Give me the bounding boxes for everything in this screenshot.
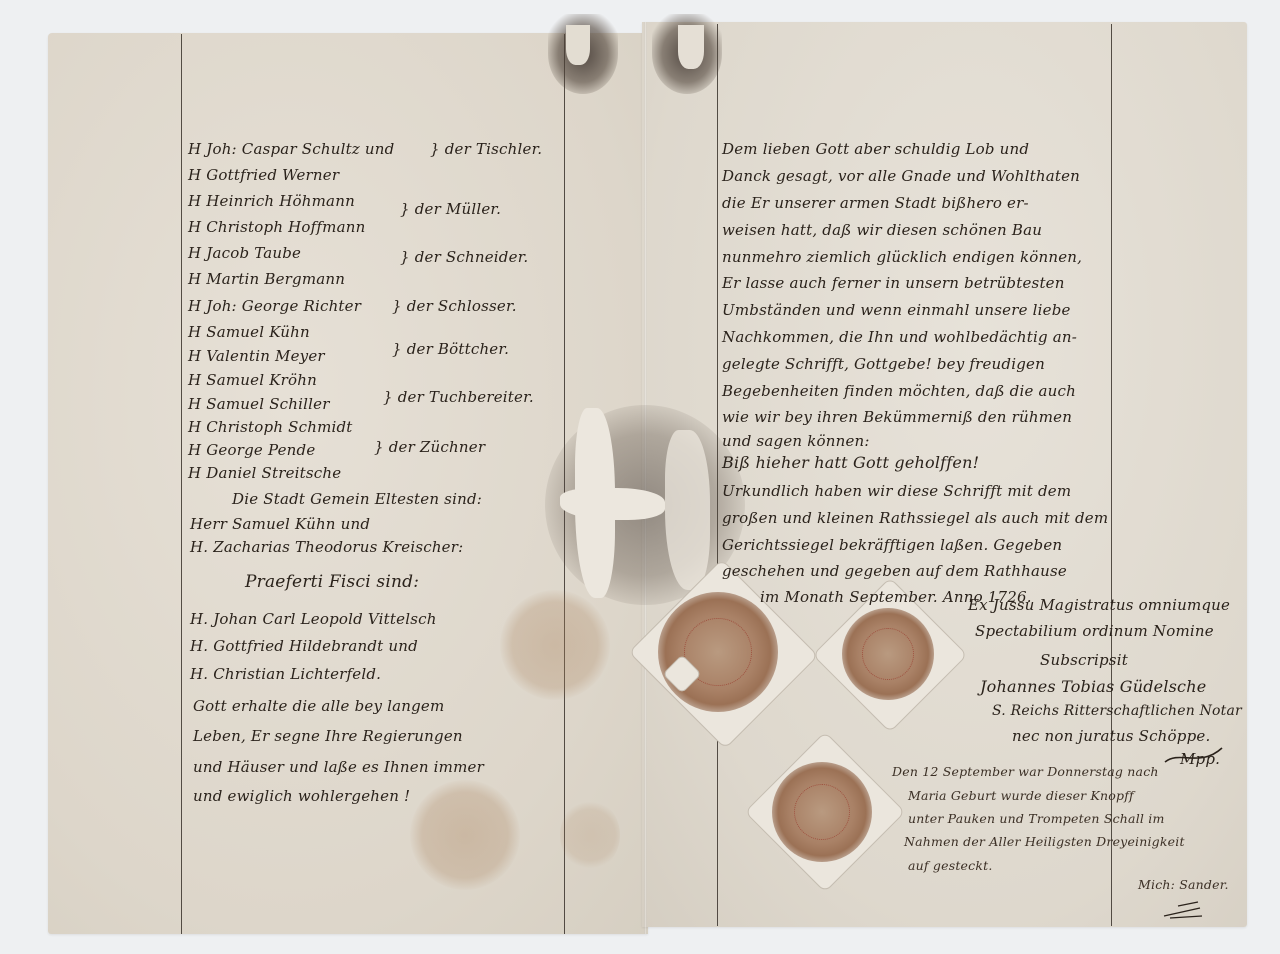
name-line-1: H Joh: Caspar Schultz und [188,140,394,158]
postscript-line-3: unter Pauken und Trompeten Schall im [908,811,1165,826]
sig-line-5: S. Reichs Ritterschaftlichen Notar [992,703,1242,719]
elders-heading: Die Stadt Gemein Eltesten sind: [232,490,482,508]
body-line-5: nunmehro ziemlich glücklich endigen könn… [722,248,1082,266]
name-line-14: H Daniel Streitsche [188,464,341,482]
trade-group-schneider: } der Schneider. [400,248,528,266]
seal-ghost-stain-small [560,800,620,870]
postscript-signature: Mich: Sander. [1138,877,1229,892]
hole-right [665,430,710,590]
sig-line-4: Johannes Tobias Güdelsche [980,677,1206,696]
body-line-14: Urkundlich haben wir diese Schrifft mit … [722,482,1071,500]
body-line-15: großen und kleinen Rathssiegel als auch … [722,509,1108,527]
blessing-3: und Häuser und laße es Ihnen immer [193,758,484,776]
body-line-10: Begebenheiten finden möchten, daß die au… [722,382,1076,400]
body-line-16: Gerichtssiegel bekräfftigen laßen. Gegeb… [722,536,1062,554]
mpp-flourish-icon [1160,740,1230,770]
elder-2: H. Zacharias Theodorus Kreischer: [190,538,463,556]
body-line-17: geschehen und gegeben auf dem Rathhause [722,562,1067,580]
fisci-2: H. Gottfried Hildebrandt und [190,637,418,655]
cross-hole-horizontal [560,488,665,520]
burn-gap-right [678,25,704,69]
body-line-13: Biß hieher hatt Gott geholffen! [722,453,979,472]
blessing-2: Leben, Er segne Ihre Regierungen [193,727,463,745]
wax-seal-right [842,608,934,700]
name-line-6: H Martin Bergmann [188,270,345,288]
fisci-3: H. Christian Lichterfeld. [190,665,381,683]
postscript-line-4: Nahmen der Aller Heiligsten Dreyeinigkei… [904,834,1185,849]
sig-line-3: Subscripsit [1040,651,1128,669]
sig-line-2: Spectabilium ordinum Nomine [975,622,1214,640]
name-line-3: H Heinrich Höhmann [188,192,355,210]
name-line-10: H Samuel Kröhn [188,371,317,389]
seal-ghost-stain-upper [500,590,610,700]
fisci-heading: Praeferti Fisci sind: [245,572,419,592]
seal-ghost-stain-lower [410,780,520,890]
body-line-7: Umbständen und wenn einmahl unsere liebe [722,301,1071,319]
name-line-12: H Christoph Schmidt [188,418,353,436]
postscript-line-5: auf gesteckt. [908,858,993,873]
body-line-4: weisen hatt, daß wir diesen schönen Bau [722,221,1042,239]
burn-gap-left [566,25,590,65]
name-line-5: H Jacob Taube [188,244,301,262]
left-margin-rule [181,34,182,934]
name-line-7: H Joh: George Richter [188,297,361,315]
sig-line-1: Ex Jussu Magistratus omniumque [968,596,1230,614]
name-line-8: H Samuel Kühn [188,323,310,341]
trade-group-tischler: } der Tischler. [430,140,542,158]
body-line-11: wie wir bey ihren Bekümmerniß den rühmen [722,408,1072,426]
name-line-2: H Gottfried Werner [188,166,339,184]
postscript-line-1: Den 12 September war Donnerstag nach [892,764,1159,779]
name-line-4: H Christoph Hoffmann [188,218,365,236]
body-line-1: Dem lieben Gott aber schuldig Lob und [722,140,1029,158]
name-line-13: H George Pende [188,441,315,459]
blessing-1: Gott erhalte die alle bey langem [193,697,444,715]
trade-group-tuchbereiter: } der Tuchbereiter. [383,388,534,406]
postscript-line-2: Maria Geburt wurde dieser Knopff [908,788,1134,803]
fisci-1: H. Johan Carl Leopold Vittelsch [190,610,437,628]
body-line-12: und sagen können: [722,432,870,450]
body-line-9: gelegte Schrifft, Gottgebe! bey freudige… [722,355,1045,373]
body-line-2: Danck gesagt, vor alle Gnade und Wohltha… [722,167,1080,185]
trade-group-mueller: } der Müller. [400,200,501,218]
trade-group-schlosser: } der Schlosser. [392,297,517,315]
blessing-4: und ewiglich wohlergehen ! [193,787,410,805]
name-line-11: H Samuel Schiller [188,395,330,413]
signature-flourish-icon [1160,898,1210,920]
body-line-8: Nachkommen, die Ihn und wohlbedächtig an… [722,328,1077,346]
body-line-3: die Er unserer armen Stadt bißhero er- [722,194,1029,212]
trade-group-boettcher: } der Böttcher. [392,340,509,358]
trade-group-zuechner: } der Züchner [374,438,485,456]
elder-1: Herr Samuel Kühn und [190,515,370,533]
name-line-9: H Valentin Meyer [188,347,325,365]
wax-seal-bottom [772,762,872,862]
body-line-6: Er lasse auch ferner in unsern betrübtes… [722,274,1065,292]
wax-seal-large-center [658,592,778,712]
